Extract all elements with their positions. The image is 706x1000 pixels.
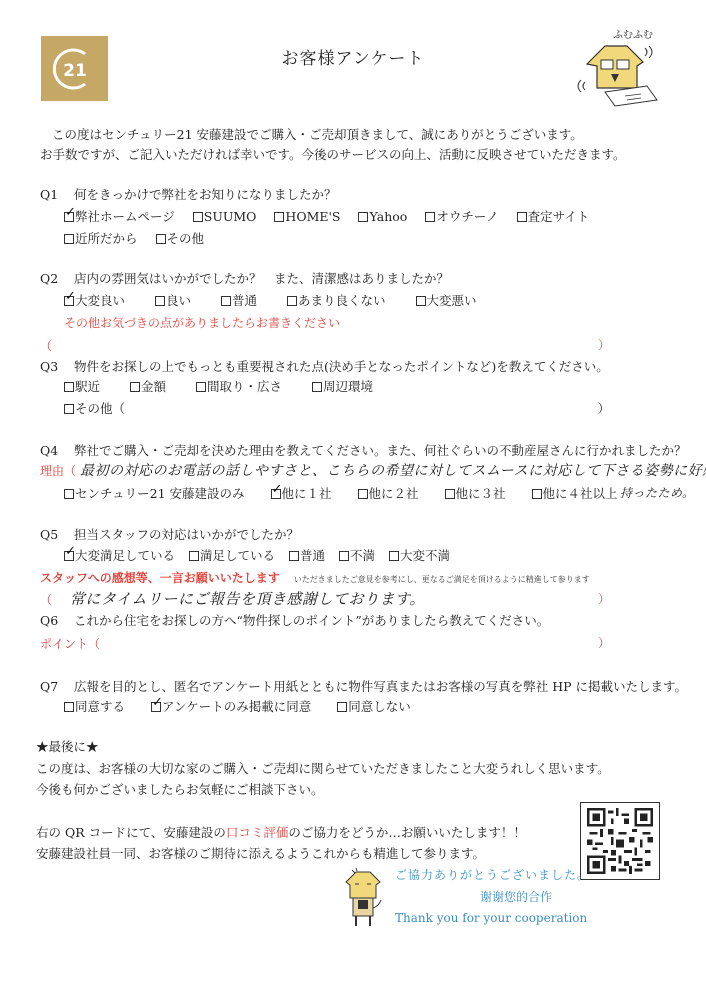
q1-options-row2: 近所だから その他: [64, 230, 218, 248]
q4-reason-field[interactable]: 理由（ 最初の対応のお電話の話しやすさと、こちらの希望に対してスムースに対応して…: [40, 462, 706, 480]
closing-line-4: 安藤建設社員一同、お客様のご期待に添えるようこれからも精進して参ります。: [36, 845, 485, 863]
q1-option-yahoo[interactable]: Yahoo: [358, 208, 407, 226]
closing-line-1: この度は、お客様の大切な家のご購入・ご売却に関らせていただきましたこと大変うれし…: [36, 760, 610, 778]
thanks-english: Thank you for your cooperation: [395, 909, 587, 927]
q5-option-average[interactable]: 普通: [289, 547, 325, 565]
q5-option-satisfied[interactable]: 満足している: [189, 547, 275, 565]
checkbox[interactable]: [445, 489, 455, 499]
checkbox[interactable]: [64, 702, 74, 712]
q5-question: 担当スタッフの対応はいかがでしたか？: [74, 527, 299, 542]
q3-other-field[interactable]: その他（ ）: [64, 400, 610, 418]
q3-option-layout[interactable]: 間取り・広さ: [196, 378, 282, 396]
q3-option-price[interactable]: 金額: [130, 378, 166, 396]
q7-option-agree[interactable]: 同意する: [64, 698, 125, 716]
q1-options-row1: 弊社ホームページ SUUMO HOME'S Yahoo オウチーノ 査定サイト: [64, 208, 603, 226]
q7-options: 同意する アンケートのみ掲載に同意 同意しない: [64, 698, 425, 716]
checkbox[interactable]: [389, 551, 399, 561]
q5-heading: Q5 担当スタッフの対応はいかがでしたか？: [40, 526, 299, 544]
q4-option-3-others[interactable]: 他に３社: [445, 485, 506, 503]
q2-option-very-good[interactable]: 大変良い: [64, 292, 125, 310]
q5-option-very-dissatisfied[interactable]: 大変不満: [389, 547, 450, 565]
q5-comment-prompt: スタッフへの感想等、一言お願いいたします: [40, 571, 280, 585]
q2-comment-prompt: その他お気づきの点がありましたらお書きください: [64, 314, 340, 332]
checkbox-checked[interactable]: [64, 551, 74, 561]
intro-line-1: この度はセンチュリー21 安藤建設でご購入・ご売却頂きまして、誠にありがとうござ…: [52, 126, 583, 144]
q4-options: センチュリー21 安藤建設のみ 他に１社 他に２社 他に３社 他に４社以上: [64, 485, 632, 503]
q1-heading: Q1 何をきっかけで弊社をお知りになりましたか？: [40, 186, 337, 204]
checkbox[interactable]: [196, 382, 206, 392]
review-qr-code[interactable]: [580, 802, 660, 880]
q3-heading: Q3 物件をお探しの上でもっとも重要視された点(決め手となったポイントなど)を教…: [40, 358, 609, 376]
q4-reason-answer-continued: 持ったため。: [620, 484, 695, 502]
qr-code-icon: [586, 808, 654, 874]
checkbox[interactable]: [358, 489, 368, 499]
checkbox[interactable]: [189, 551, 199, 561]
checkbox[interactable]: [193, 212, 203, 222]
mascot-thanks-illustration: [340, 868, 386, 930]
q4-option-4-plus[interactable]: 他に４社以上: [532, 485, 618, 503]
q1-number: Q1: [40, 186, 70, 204]
q2-option-good[interactable]: 良い: [155, 292, 191, 310]
checkbox[interactable]: [156, 234, 166, 244]
q5-number: Q5: [40, 526, 70, 544]
q5-comment-field[interactable]: （ 常にタイムリーにご報告を頂き感謝しております。 ）: [40, 590, 610, 609]
q7-question: 広報を目的とし、匿名でアンケート用紙とともに物件写真またはお客様の写真を弊社 H…: [74, 679, 687, 694]
svg-text:ふむふむ: ふむふむ: [613, 29, 653, 41]
checkbox[interactable]: [339, 551, 349, 561]
q4-option-1-other[interactable]: 他に１社: [271, 485, 332, 503]
closing-qr-line: 右の QR コードにて、安藤建設の口コミ評価のご協力をどうか…お願いいたします！…: [36, 824, 526, 842]
q1-option-homepage[interactable]: 弊社ホームページ: [64, 208, 175, 226]
q1-option-satei-site[interactable]: 査定サイト: [517, 208, 590, 226]
q5-options: 大変満足している 満足している 普通 不満 大変不満: [64, 547, 464, 565]
q3-number: Q3: [40, 358, 70, 376]
q2-option-not-good[interactable]: あまり良くない: [287, 292, 386, 310]
closing-line-2: 今後も何かございましたらお気軽にご相談下さい。: [36, 781, 324, 799]
checkbox[interactable]: [289, 551, 299, 561]
q7-number: Q7: [40, 678, 70, 696]
checkbox-checked[interactable]: [151, 702, 161, 712]
q4-option-2-others[interactable]: 他に２社: [358, 485, 419, 503]
q1-option-suumo[interactable]: SUUMO: [193, 208, 257, 226]
q2-number: Q2: [40, 270, 70, 288]
q5-comment-prompt-row: スタッフへの感想等、一言お願いいたします いただきましたご意見を参考にし、更なる…: [40, 569, 590, 589]
q4-number: Q4: [40, 442, 70, 460]
q7-option-survey-only[interactable]: アンケートのみ掲載に同意: [151, 698, 311, 716]
q2-option-very-bad[interactable]: 大変悪い: [416, 292, 477, 310]
checkbox[interactable]: [64, 489, 74, 499]
q4-reason-answer: 最初の対応のお電話の話しやすさと、こちらの希望に対してスムースに対応して下さる姿…: [80, 463, 706, 479]
checkbox[interactable]: [358, 212, 368, 222]
checkbox[interactable]: [130, 382, 140, 392]
checkbox[interactable]: [425, 212, 435, 222]
checkbox[interactable]: [287, 296, 297, 306]
q7-heading: Q7 広報を目的とし、匿名でアンケート用紙とともに物件写真またはお客様の写真を弊…: [40, 678, 687, 696]
q6-point-label: ポイント（: [40, 637, 100, 651]
closing-heading: ★最後に★: [36, 738, 99, 756]
checkbox-checked[interactable]: [64, 212, 74, 222]
q1-option-nearby[interactable]: 近所だから: [64, 230, 138, 248]
q3-option-station[interactable]: 駅近: [64, 378, 100, 396]
q4-option-c21-only[interactable]: センチュリー21 安藤建設のみ: [64, 485, 245, 503]
checkbox[interactable]: [416, 296, 426, 306]
checkbox[interactable]: [532, 489, 542, 499]
checkbox[interactable]: [221, 296, 231, 306]
checkbox[interactable]: [64, 404, 74, 414]
q4-reason-label: 理由（: [40, 464, 76, 478]
q2-comment-field[interactable]: （ ）: [40, 336, 610, 355]
q2-question: 店内の雰囲気はいかがでしたか？ また、清潔感はありましたか？: [74, 271, 449, 286]
checkbox[interactable]: [312, 382, 322, 392]
q7-option-disagree[interactable]: 同意しない: [337, 698, 411, 716]
q5-comment-note: いただきましたご意見を参考にし、更なるご満足を頂けるように精進して参ります: [294, 575, 590, 584]
checkbox-checked[interactable]: [64, 296, 74, 306]
checkbox[interactable]: [274, 212, 284, 222]
thanks-chinese: 谢谢您的合作: [480, 888, 552, 906]
q2-option-average[interactable]: 普通: [221, 292, 257, 310]
checkbox[interactable]: [64, 382, 74, 392]
q4-heading: Q4 弊社でご購入・ご売却を決めた理由を教えてください。また、何社ぐらいの不動産…: [40, 442, 687, 460]
q3-question: 物件をお探しの上でもっとも重要視された点(決め手となったポイントなど)を教えてく…: [74, 359, 609, 374]
thanks-japanese: ご協力ありがとうございました。: [395, 866, 590, 884]
q1-question: 何をきっかけで弊社をお知りになりましたか？: [74, 187, 337, 202]
q4-question: 弊社でご購入・ご売却を決めた理由を教えてください。また、何社ぐらいの不動産屋さん…: [74, 443, 687, 458]
q6-question: これから住宅をお探しの方へ“物件探しのポイント”がありましたら教えてください。: [74, 613, 549, 628]
q5-comment-answer: 常にタイムリーにご報告を頂き感謝しております。: [70, 590, 425, 608]
q2-options: 大変良い 良い 普通 あまり良くない 大変悪い: [64, 292, 491, 310]
q1-option-homes[interactable]: HOME'S: [274, 208, 340, 226]
q1-option-other[interactable]: その他: [156, 230, 205, 248]
q1-option-ouchino[interactable]: オウチーノ: [425, 208, 498, 226]
q5-option-very-satisfied[interactable]: 大変満足している: [64, 547, 175, 565]
q3-option-environment[interactable]: 周辺環境: [312, 378, 373, 396]
checkbox[interactable]: [337, 702, 347, 712]
intro-line-2: お手数ですが、ご記入いただければ幸いです。今後のサービスの向上、活動に反映させて…: [40, 146, 626, 164]
q6-heading: Q6 これから住宅をお探しの方へ“物件探しのポイント”がありましたら教えてくださ…: [40, 612, 549, 630]
mascot-reading-illustration: ふむふむ: [575, 22, 675, 112]
review-highlight: 口コミ評価: [226, 825, 289, 840]
checkbox[interactable]: [64, 234, 74, 244]
q6-point-field[interactable]: ポイント（ ）: [40, 634, 610, 653]
checkbox[interactable]: [155, 296, 165, 306]
checkbox-checked[interactable]: [271, 489, 281, 499]
q5-option-dissatisfied[interactable]: 不満: [339, 547, 375, 565]
q6-number: Q6: [40, 612, 70, 630]
q3-options: 駅近 金額 間取り・広さ 周辺環境: [64, 378, 387, 396]
checkbox[interactable]: [517, 212, 527, 222]
q2-heading: Q2 店内の雰囲気はいかがでしたか？ また、清潔感はありましたか？: [40, 270, 449, 288]
